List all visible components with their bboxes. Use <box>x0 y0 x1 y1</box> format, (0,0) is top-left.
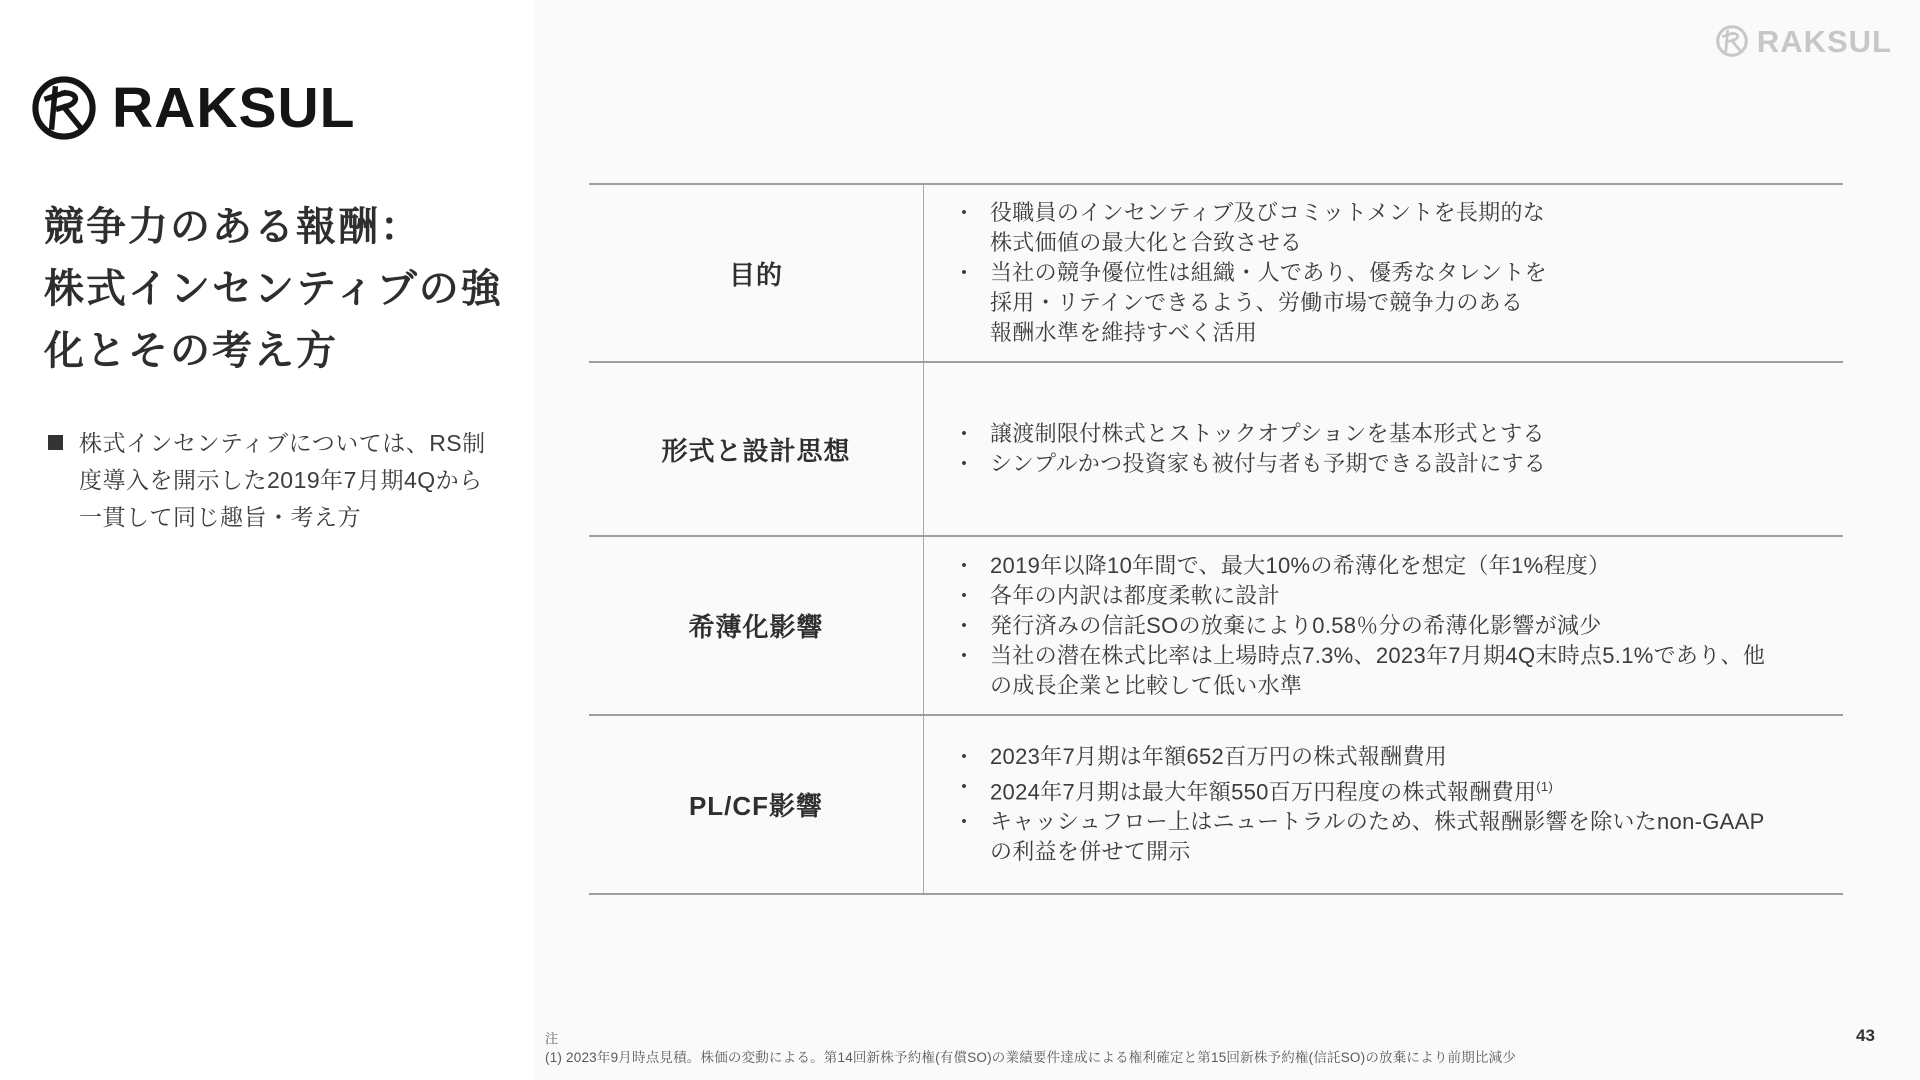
raksul-logo-icon <box>30 74 98 142</box>
bullet-marker-icon: • <box>954 258 974 288</box>
table-row: 目的•役職員のインセンティブ及びコミットメントを長期的な 株式価値の最大化と合致… <box>589 183 1843 361</box>
bullet-text: 2019年以降10年間で、最大10%の希薄化を想定（年1%程度） <box>990 551 1610 581</box>
bullet-text: 当社の競争優位性は組織・人であり、優秀なタレントを 採用・リテインできるよう、労… <box>990 258 1547 348</box>
bullet-text: 各年の内訳は都度柔軟に設計 <box>990 581 1280 611</box>
bullet-text: 当社の潜在株式比率は上場時点7.3%、2023年7月期4Q末時点5.1%であり、… <box>990 641 1765 701</box>
table-row: 希薄化影響•2019年以降10年間で、最大10%の希薄化を想定（年1%程度）•各… <box>589 535 1843 714</box>
row-content: •2023年7月期は年額652百万円の株式報酬費用•2024年7月期は最大年額5… <box>924 716 1843 893</box>
bullet-text: 譲渡制限付株式とストックオプションを基本形式とする <box>990 419 1545 449</box>
table-row: 形式と設計思想•譲渡制限付株式とストックオプションを基本形式とする•シンプルかつ… <box>589 361 1843 535</box>
bullet-item: •2019年以降10年間で、最大10%の希薄化を想定（年1%程度） <box>954 551 1833 581</box>
bullet-marker-icon: • <box>954 611 974 641</box>
slide-page: RAKSUL 競争力のある報酬： 株式インセンティブの強 化とその考え方 株式イ… <box>0 0 1920 1080</box>
slide-title-line2: 株式インセンティブの強 <box>44 258 524 320</box>
bullet-item: •各年の内訳は都度柔軟に設計 <box>954 581 1833 611</box>
bullet-marker-icon: • <box>954 581 974 611</box>
incentive-table: 目的•役職員のインセンティブ及びコミットメントを長期的な 株式価値の最大化と合致… <box>589 183 1843 895</box>
bullet-marker-icon: • <box>954 198 974 228</box>
slide-title-line3: 化とその考え方 <box>44 320 524 382</box>
row-label: 形式と設計思想 <box>589 363 924 535</box>
summary-bullet-text: 株式インセンティブについては、RS制 度導入を開示した2019年7月期4Qから … <box>79 425 486 536</box>
bullet-marker-icon: • <box>954 807 974 837</box>
bullet-marker-icon: • <box>954 772 974 802</box>
bullet-text: キャッシュフロー上はニュートラルのため、株式報酬影響を除いたnon-GAAP の… <box>990 807 1765 867</box>
bullet-item: •当社の潜在株式比率は上場時点7.3%、2023年7月期4Q末時点5.1%であり… <box>954 641 1833 701</box>
bullet-marker-icon: • <box>954 551 974 581</box>
logo-wordmark: RAKSUL <box>112 80 356 137</box>
table-row: PL/CF影響•2023年7月期は年額652百万円の株式報酬費用•2024年7月… <box>589 714 1843 895</box>
row-content: •2019年以降10年間で、最大10%の希薄化を想定（年1%程度）•各年の内訳は… <box>924 537 1843 714</box>
bullet-marker-icon: • <box>954 641 974 671</box>
square-bullet-icon <box>48 435 63 450</box>
bullet-marker-icon: • <box>954 419 974 449</box>
bullet-text: 発行済みの信託SOの放棄により0.58％分の希薄化影響が減少 <box>990 611 1602 641</box>
bullet-item: •譲渡制限付株式とストックオプションを基本形式とする <box>954 419 1833 449</box>
bullet-item: •発行済みの信託SOの放棄により0.58％分の希薄化影響が減少 <box>954 611 1833 641</box>
bullet-text: 2023年7月期は年額652百万円の株式報酬費用 <box>990 742 1447 772</box>
row-label: PL/CF影響 <box>589 716 924 893</box>
raksul-watermark-icon <box>1715 24 1749 58</box>
watermark-logo: RAKSUL <box>1715 24 1892 58</box>
bullet-item: •当社の競争優位性は組織・人であり、優秀なタレントを 採用・リテインできるよう、… <box>954 258 1833 348</box>
bullet-item: •2024年7月期は最大年額550百万円程度の株式報酬費用(1) <box>954 772 1833 807</box>
bullet-item: •役職員のインセンティブ及びコミットメントを長期的な 株式価値の最大化と合致させ… <box>954 198 1833 258</box>
bullet-item: •2023年7月期は年額652百万円の株式報酬費用 <box>954 742 1833 772</box>
page-number: 43 <box>1856 1026 1875 1046</box>
row-content: •譲渡制限付株式とストックオプションを基本形式とする•シンプルかつ投資家も被付与… <box>924 363 1843 535</box>
company-logo: RAKSUL <box>30 74 356 142</box>
bullet-marker-icon: • <box>954 449 974 479</box>
bullet-text: 2024年7月期は最大年額550百万円程度の株式報酬費用(1) <box>990 772 1553 807</box>
note-label: 注 <box>545 1028 558 1047</box>
bullet-item: •シンプルかつ投資家も被付与者も予期できる設計にする <box>954 449 1833 479</box>
summary-bullet: 株式インセンティブについては、RS制 度導入を開示した2019年7月期4Qから … <box>48 425 488 536</box>
bullet-text: 役職員のインセンティブ及びコミットメントを長期的な 株式価値の最大化と合致させる <box>990 198 1545 258</box>
bullet-marker-icon: • <box>954 742 974 772</box>
row-label: 目的 <box>589 185 924 361</box>
bullet-item: •キャッシュフロー上はニュートラルのため、株式報酬影響を除いたnon-GAAP … <box>954 807 1833 867</box>
footnote-text: (1) 2023年9月時点見積。株価の変動による。第14回新株予約権(有償SO)… <box>545 1046 1745 1066</box>
slide-title: 競争力のある報酬： 株式インセンティブの強 化とその考え方 <box>44 196 524 382</box>
watermark-wordmark: RAKSUL <box>1757 26 1892 57</box>
row-label: 希薄化影響 <box>589 537 924 714</box>
bullet-text: シンプルかつ投資家も被付与者も予期できる設計にする <box>990 449 1546 479</box>
row-content: •役職員のインセンティブ及びコミットメントを長期的な 株式価値の最大化と合致させ… <box>924 185 1843 361</box>
sidebar: RAKSUL 競争力のある報酬： 株式インセンティブの強 化とその考え方 株式イ… <box>0 0 535 1080</box>
slide-title-line1: 競争力のある報酬： <box>44 196 524 258</box>
footnote-reference: (1) <box>1536 779 1553 794</box>
